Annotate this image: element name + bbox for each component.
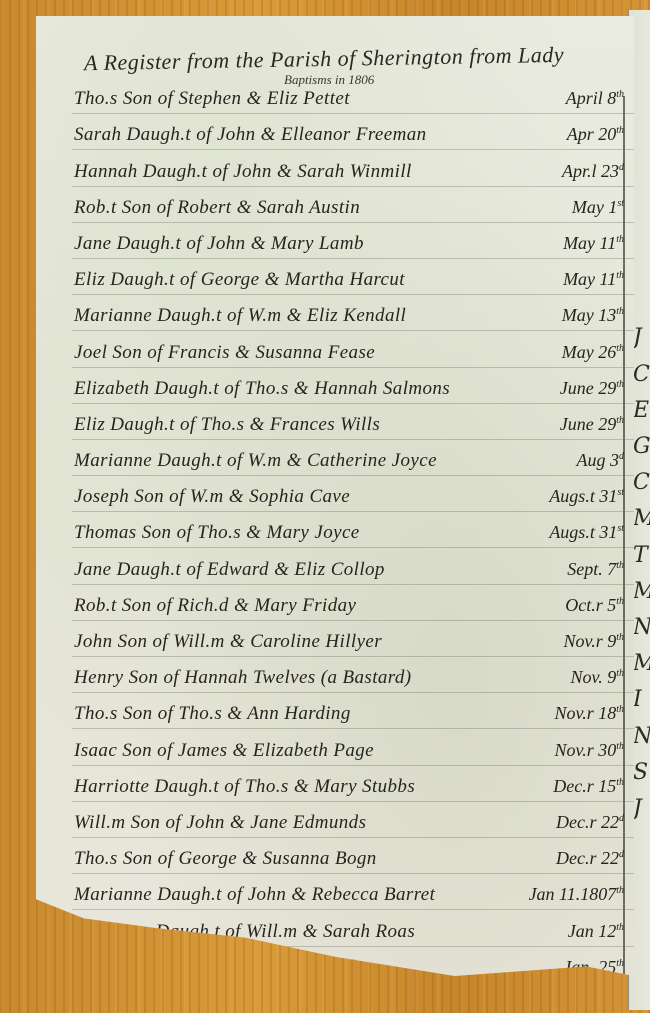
baptism-entry: Tho.s Son of George & Susanna BognDec.r …: [72, 838, 650, 874]
entry-date-suffix: st: [617, 198, 624, 209]
baptism-entry: Marianne Daugh.t of W.m & Catherine Joyc…: [72, 440, 650, 476]
entry-date-value: May 11: [563, 233, 616, 253]
baptism-entry: Isaac Son of James & Elizabeth PageNov.r…: [72, 729, 650, 765]
entry-date-suffix: th: [616, 415, 624, 426]
entry-text: Marianne Daugh.t of John & Rebecca Barre…: [72, 884, 435, 906]
adjacent-page-letter: J: [633, 325, 642, 350]
entry-date: Jan 12th: [568, 921, 624, 942]
adjacent-page-letter: T: [633, 543, 648, 568]
entry-date-value: Sept. 7: [567, 559, 616, 579]
entry-date-value: May 1: [572, 197, 617, 217]
entry-date: Augs.t 31st: [549, 486, 624, 507]
baptism-entry: Hannah Daugh.t of John & Sarah WinmillAp…: [72, 150, 650, 186]
entry-date-suffix: th: [616, 379, 624, 390]
entry-date: Nov.r 18th: [555, 703, 624, 724]
entry-text: Rob.t Son of Rich.d & Mary Friday: [72, 595, 356, 617]
entry-date-suffix: th: [616, 632, 624, 643]
entry-text: Will.m Son of John & Jane Edmunds: [72, 812, 366, 834]
baptism-entry: Charlotte Daugh.t of Will.m & Sarah Roas…: [72, 910, 650, 946]
entry-date: May 11th: [563, 269, 624, 290]
baptism-entry: Rob.t Son of Robert & Sarah AustinMay 1s…: [72, 187, 650, 223]
entry-date-value: Jan 11.1807: [529, 884, 617, 904]
baptism-entry: Harriotte Daugh.t of Tho.s & Mary Stubbs…: [72, 766, 650, 802]
entry-date: Sept. 7th: [567, 559, 624, 580]
baptism-entry: Thomas Son of Tho.s & Mary JoyceAugs.t 3…: [72, 512, 650, 548]
entry-date-suffix: d: [619, 451, 624, 462]
entry-date-suffix: th: [616, 270, 624, 281]
entry-date-suffix: th: [616, 922, 624, 933]
entry-date-value: April 8: [566, 88, 617, 108]
entry-date-suffix: th: [616, 306, 624, 317]
entry-date-value: Dec.r 22: [556, 812, 619, 832]
adjacent-page-letter: C: [633, 470, 650, 495]
entry-date-value: Nov.r 18: [555, 703, 617, 723]
adjacent-page-letter: S: [633, 760, 648, 785]
entry-date-suffix: th: [616, 89, 624, 100]
entry-text: John Son of Will.m & Caroline Hillyer: [72, 631, 382, 653]
entry-date-suffix: st: [617, 487, 624, 498]
adjacent-page-letter: C: [633, 362, 650, 387]
entry-date: May 1st: [572, 197, 624, 218]
entry-date: June 29th: [560, 414, 624, 435]
baptism-entry: Tho.s Son of Tho.s & Ann HardingNov.r 18…: [72, 693, 650, 729]
baptism-entry: Sarah Daugh.t of John & Elleanor Freeman…: [72, 114, 650, 150]
entry-date-value: Nov.r 9: [564, 631, 617, 651]
adjacent-page-letter: N: [633, 724, 650, 749]
entry-date: Apr.l 23d: [562, 161, 624, 182]
entry-text: Marianne Daugh.t of W.m & Eliz Kendall: [72, 305, 406, 327]
adjacent-page-letter: J: [633, 796, 642, 821]
baptism-entry: Will.m Son of John & Jane EdmundsDec.r 2…: [72, 802, 650, 838]
baptism-entry: John Son of Will.m & Caroline HillyerNov…: [72, 621, 650, 657]
entry-text: Jane Daugh.t of Edward & Eliz Collop: [72, 559, 385, 581]
entry-date: Oct.r 5th: [565, 595, 624, 616]
baptism-entry: Will.m Son of Richard & Ann BrooksJan. 2…: [72, 947, 650, 983]
entry-date: April 8th: [566, 88, 624, 109]
baptism-entry: Elizabeth Daugh.t of Tho.s & Hannah Salm…: [72, 368, 650, 404]
entry-date-suffix: d: [619, 813, 624, 824]
entry-date-value: Apr 20: [567, 124, 617, 144]
adjacent-page-letter: M: [633, 579, 650, 604]
entry-date: Dec.r 15th: [553, 776, 624, 797]
adjacent-page-letter: N: [633, 615, 650, 640]
entry-date: Nov.r 9th: [564, 631, 624, 652]
entry-date-suffix: th: [616, 668, 624, 679]
entry-date-value: Oct.r 5: [565, 595, 616, 615]
entry-text: Tho.s Son of George & Susanna Bogn: [72, 848, 377, 870]
entry-date: Jan. 25th: [563, 957, 624, 978]
entry-date-suffix: th: [616, 560, 624, 571]
entry-date-suffix: th: [616, 777, 624, 788]
entry-text: Hannah Daugh.t of John & Sarah Winmill: [72, 161, 412, 183]
baptism-entry: Jane Daugh.t of John & Mary LambMay 11th: [72, 223, 650, 259]
entry-text: Tho.s Son of Tho.s & Ann Harding: [72, 703, 351, 725]
entry-text: Henry Son of Hannah Twelves (a Bastard): [72, 667, 412, 689]
entry-text: Thomas Son of Tho.s & Mary Joyce: [72, 522, 360, 544]
entry-text: Charlotte Daugh.t of Will.m & Sarah Roas: [72, 921, 415, 943]
adjacent-page-letter: M: [633, 506, 650, 531]
entry-date-suffix: th: [616, 741, 624, 752]
entry-date-suffix: th: [616, 958, 624, 969]
entry-text: Harriotte Daugh.t of Tho.s & Mary Stubbs: [72, 776, 415, 798]
adjacent-page-letter: G: [633, 434, 650, 459]
baptism-entry: Marianne Daugh.t of W.m & Eliz KendallMa…: [72, 295, 650, 331]
entry-date: May 11th: [563, 233, 624, 254]
entry-text: Joseph Son of W.m & Sophia Cave: [72, 486, 350, 508]
entry-date-suffix: th: [616, 596, 624, 607]
entry-date-value: May 13: [562, 305, 616, 325]
adjacent-page-letter: E: [633, 398, 649, 423]
baptism-entry: Joseph Son of W.m & Sophia CaveAugs.t 31…: [72, 476, 650, 512]
entry-text: Will.m Son of Richard & Ann Brooks: [72, 957, 367, 979]
entry-date: Aug 3d: [577, 450, 625, 471]
entry-date-value: May 11: [563, 269, 616, 289]
entry-date: Dec.r 22d: [556, 848, 624, 869]
entry-date-suffix: th: [616, 704, 624, 715]
entry-date-value: Augs.t 31: [549, 486, 617, 506]
entry-date-value: Aug 3: [577, 450, 620, 470]
entry-text: Eliz Daugh.t of Tho.s & Frances Wills: [72, 414, 380, 436]
baptism-entry: Marianne Daugh.t of John & Rebecca Barre…: [72, 874, 650, 910]
entry-text: Joel Son of Francis & Susanna Fease: [72, 342, 375, 364]
baptism-entries: Tho.s Son of Stephen & Eliz PettetApril …: [72, 78, 650, 983]
baptism-entry: Joel Son of Francis & Susanna FeaseMay 2…: [72, 331, 650, 367]
entry-date-suffix: th: [616, 343, 624, 354]
entry-date-value: Dec.r 22: [556, 848, 619, 868]
entry-date-value: Jan. 25: [563, 957, 616, 977]
entry-date-value: June 29: [560, 378, 616, 398]
entry-date: Augs.t 31st: [549, 522, 624, 543]
entry-text: Eliz Daugh.t of George & Martha Harcut: [72, 269, 405, 291]
entry-date-suffix: st: [617, 523, 624, 534]
entry-date-value: Augs.t 31: [549, 522, 617, 542]
entry-date: Nov.r 30th: [555, 740, 624, 761]
entry-date-value: Jan 12: [568, 921, 617, 941]
entry-date: June 29th: [560, 378, 624, 399]
entry-date: Dec.r 22d: [556, 812, 624, 833]
entry-date-suffix: th: [616, 125, 624, 136]
entry-date-value: Nov. 9: [571, 667, 617, 687]
entry-text: Sarah Daugh.t of John & Elleanor Freeman: [72, 124, 427, 146]
baptism-entry: Eliz Daugh.t of Tho.s & Frances WillsJun…: [72, 404, 650, 440]
adjacent-page-letter: M: [633, 651, 650, 676]
baptism-entry: Rob.t Son of Rich.d & Mary FridayOct.r 5…: [72, 585, 650, 621]
entry-date: Nov. 9th: [571, 667, 624, 688]
entry-date-value: May 26: [562, 342, 616, 362]
entry-text: Jane Daugh.t of John & Mary Lamb: [72, 233, 364, 255]
baptism-entry: Tho.s Son of Stephen & Eliz PettetApril …: [72, 78, 650, 114]
baptism-entry: Jane Daugh.t of Edward & Eliz CollopSept…: [72, 548, 650, 584]
entry-date-value: June 29: [560, 414, 616, 434]
entry-date-value: Apr.l 23: [562, 161, 619, 181]
baptism-entry: Henry Son of Hannah Twelves (a Bastard)N…: [72, 657, 650, 693]
entry-text: Marianne Daugh.t of W.m & Catherine Joyc…: [72, 450, 437, 472]
adjacent-page-letter: I: [633, 687, 642, 712]
entry-date-suffix: d: [619, 162, 624, 173]
entry-date: Apr 20th: [567, 124, 624, 145]
entry-date: May 13th: [562, 305, 624, 326]
register-page: A Register from the Parish of Sherington…: [36, 16, 634, 976]
entry-date-value: Dec.r 15: [553, 776, 616, 796]
entry-date-suffix: th: [616, 234, 624, 245]
entry-date: May 26th: [562, 342, 624, 363]
entry-text: Isaac Son of James & Elizabeth Page: [72, 740, 374, 762]
entry-date-value: Nov.r 30: [555, 740, 617, 760]
baptism-entry: Eliz Daugh.t of George & Martha HarcutMa…: [72, 259, 650, 295]
entry-date-suffix: d: [619, 849, 624, 860]
entry-text: Tho.s Son of Stephen & Eliz Pettet: [72, 88, 350, 110]
entry-date: Jan 11.1807th: [529, 884, 624, 905]
entry-text: Elizabeth Daugh.t of Tho.s & Hannah Salm…: [72, 378, 450, 400]
entry-date-suffix: th: [616, 885, 624, 896]
entry-text: Rob.t Son of Robert & Sarah Austin: [72, 197, 360, 219]
